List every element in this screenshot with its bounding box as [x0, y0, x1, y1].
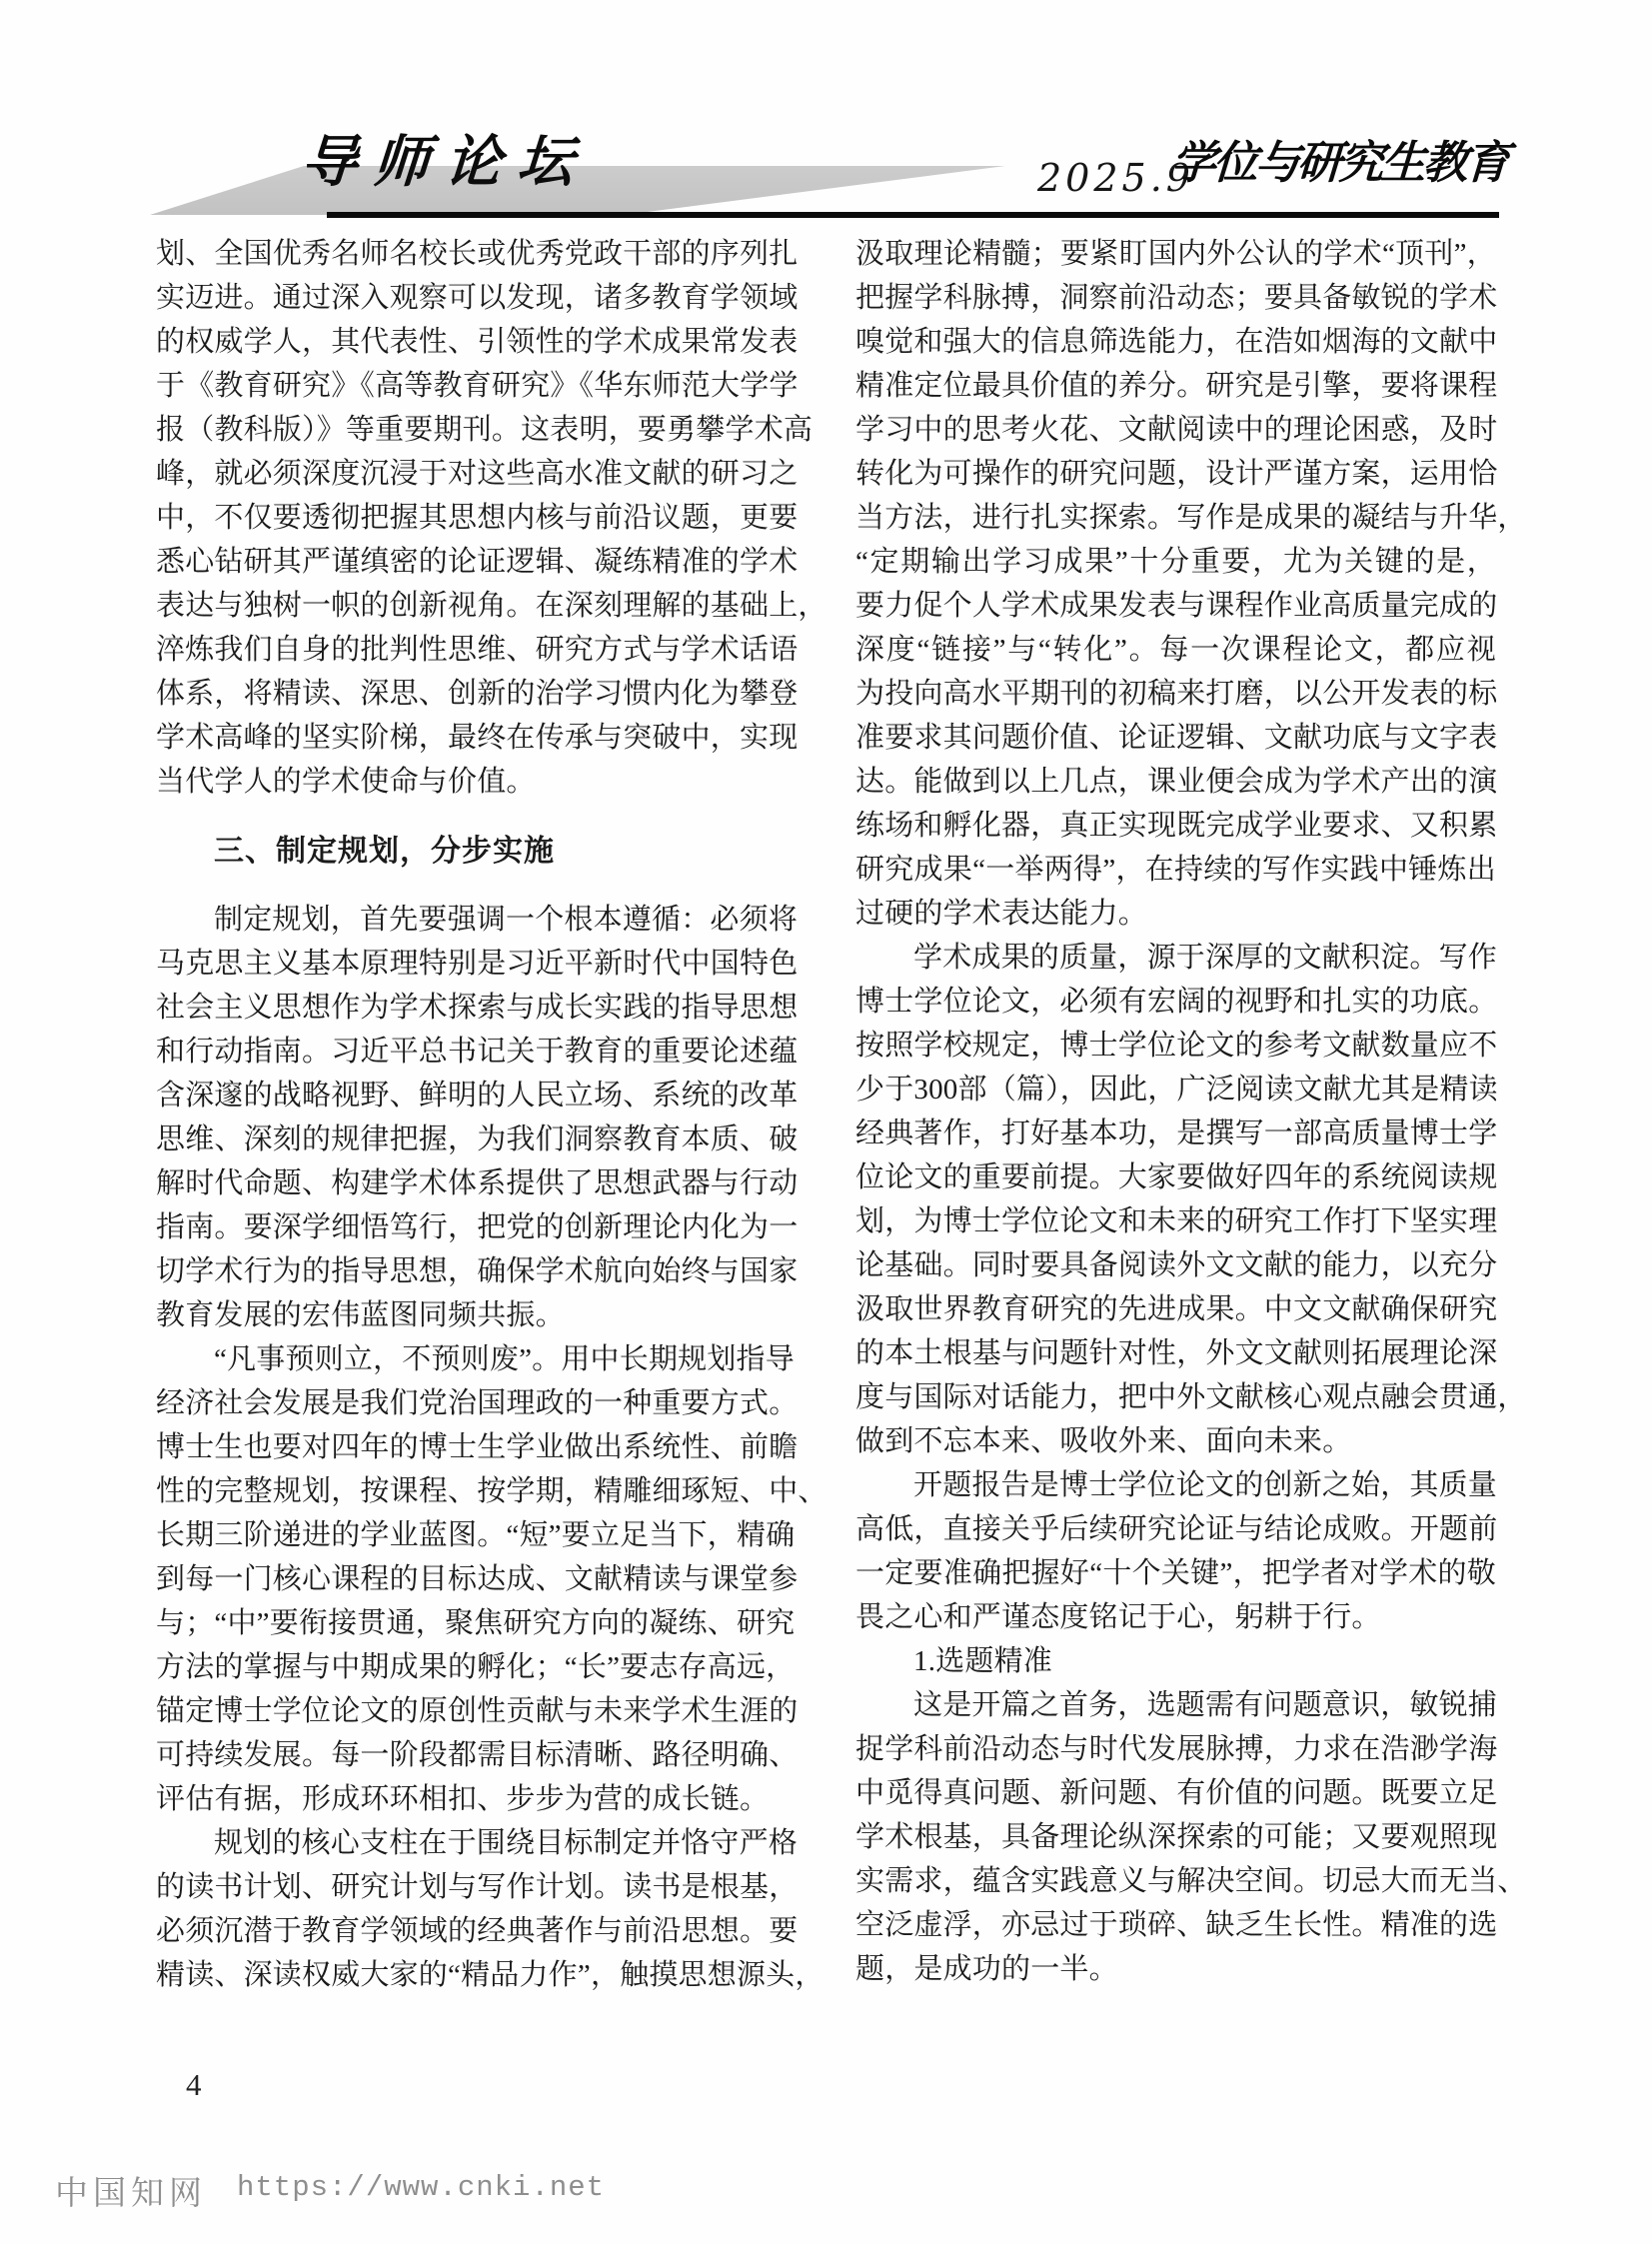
- text-line: 性的完整规划，按课程、按学期，精雕细琢短、中、: [156, 1469, 790, 1513]
- cnki-site-name: 中国知网: [55, 2167, 207, 2214]
- text-line: 到每一门核心课程的目标达成、文献精读与课堂参: [156, 1557, 790, 1601]
- article-column-right: 汲取理论精髓；要紧盯国内外公认的学术“顶刊”，把握学科脉搏，洞察前沿动态；要具备…: [855, 232, 1496, 1991]
- text-line: 实迈进。通过深入观察可以发现，诸多教育学领域: [156, 276, 790, 320]
- text-line: 要力促个人学术成果发表与课程作业高质量完成的: [855, 584, 1496, 628]
- text-line: 经典著作，打好基本功，是撰写一部高质量博士学: [855, 1112, 1496, 1155]
- text-line: 深度“链接”与“转化”。每一次课程论文，都应视: [855, 628, 1496, 672]
- text-line: 学习中的思考火花、文献阅读中的理论困惑，及时: [855, 408, 1496, 452]
- text-line: 把握学科脉搏，洞察前沿动态；要具备敏锐的学术: [855, 276, 1496, 320]
- header-rule: [327, 212, 1499, 218]
- text-line: 划，为博士学位论文和未来的研究工作打下坚实理: [855, 1199, 1496, 1243]
- text-line: 与；“中”要衔接贯通，聚焦研究方向的凝练、研究: [156, 1601, 790, 1645]
- text-line: 社会主义思想作为学术探索与成长实践的指导思想: [156, 986, 790, 1030]
- text-line: 学术根基，具备理论纵深探索的可能；又要观照现: [855, 1815, 1496, 1859]
- text-line: 精准定位最具价值的养分。研究是引擎，要将课程: [855, 364, 1496, 408]
- cnki-site-url: https://www.cnki.net: [237, 2171, 605, 2204]
- text-line: 汲取理论精髓；要紧盯国内外公认的学术“顶刊”，: [855, 232, 1496, 276]
- text-line: 学术成果的质量，源于深厚的文献积淀。写作: [855, 936, 1496, 980]
- text-line: 峰，就必须深度沉浸于对这些高水准文献的研习之: [156, 452, 790, 496]
- text-line: 和行动指南。习近平总书记关于教育的重要论述蕴: [156, 1030, 790, 1074]
- text-line: 为投向高水平期刊的初稿来打磨，以公开发表的标: [855, 672, 1496, 716]
- text-line: 空泛虚浮，亦忌过于琐碎、缺乏生长性。精准的选: [855, 1903, 1496, 1947]
- text-line: 报（教科版）》等重要期刊。这表明，要勇攀学术高: [156, 408, 790, 452]
- text-line: 体系，将精读、深思、创新的治学习惯内化为攀登: [156, 672, 790, 716]
- text-line: 中觅得真问题、新问题、有价值的问题。既要立足: [855, 1771, 1496, 1815]
- section-heading: 三、制定规划，分步实施: [156, 830, 790, 874]
- text-line: 的权威学人，其代表性、引领性的学术成果常发表: [156, 320, 790, 364]
- text-line: 当代学人的学术使命与价值。: [156, 760, 790, 804]
- text-line: 博士生也要对四年的博士生学业做出系统性、前瞻: [156, 1425, 790, 1469]
- journal-scan-page: 导师论坛 2025.9 学位与研究生教育 划、全国优秀名师名校长或优秀党政干部的…: [0, 0, 1652, 2244]
- text-line: 练场和孵化器，真正实现既完成学业要求、又积累: [855, 804, 1496, 848]
- text-line: 这是开篇之首务，选题需有问题意识，敏锐捕: [855, 1683, 1496, 1727]
- text-line: 可持续发展。每一阶段都需目标清晰、路径明确、: [156, 1733, 790, 1777]
- text-line: 论基础。同时要具备阅读外文文献的能力，以充分: [855, 1243, 1496, 1287]
- text-line: 马克思主义基本原理特别是习近平新时代中国特色: [156, 942, 790, 986]
- text-line: 做到不忘本来、吸收外来、面向未来。: [855, 1419, 1496, 1463]
- text-line: 博士学位论文，必须有宏阔的视野和扎实的功底。: [855, 980, 1496, 1024]
- text-line: 解时代命题、构建学术体系提供了思想武器与行动: [156, 1161, 790, 1205]
- text-line: 捉学科前沿动态与时代发展脉搏，力求在浩渺学海: [855, 1727, 1496, 1771]
- text-line: 度与国际对话能力，把中外文献核心观点融会贯通，: [855, 1375, 1496, 1419]
- page-number: 4: [186, 2067, 202, 2103]
- text-line: “定期输出学习成果”十分重要，尤为关键的是，: [855, 540, 1496, 584]
- journal-title: 学位与研究生教育: [1169, 126, 1508, 191]
- text-line: 经济社会发展是我们党治国理政的一种重要方式。: [156, 1381, 790, 1425]
- text-line: 畏之心和严谨态度铭记于心，躬耕于行。: [855, 1595, 1496, 1639]
- text-line: 达。能做到以上几点，课业便会成为学术产出的演: [855, 760, 1496, 804]
- text-line: 汲取世界教育研究的先进成果。中文文献确保研究: [855, 1287, 1496, 1331]
- text-line: 题，是成功的一半。: [855, 1947, 1496, 1991]
- text-line: 少于300部（篇），因此，广泛阅读文献尤其是精读: [855, 1068, 1496, 1112]
- text-line: 规划的核心支柱在于围绕目标制定并恪守严格: [156, 1821, 790, 1865]
- text-line: 的本土根基与问题针对性，外文文献则拓展理论深: [855, 1331, 1496, 1375]
- text-line: 按照学校规定，博士学位论文的参考文献数量应不: [855, 1024, 1496, 1068]
- text-line: 位论文的重要前提。大家要做好四年的系统阅读规: [855, 1155, 1496, 1199]
- text-line: 实需求，蕴含实践意义与解决空间。切忌大而无当、: [855, 1859, 1496, 1903]
- section-banner-title: 导师论坛: [299, 118, 664, 190]
- text-line: 切学术行为的指导思想，确保学术航向始终与国家: [156, 1249, 790, 1293]
- text-line: 悉心钻研其严谨缜密的论证逻辑、凝练精准的学术: [156, 540, 790, 584]
- text-line: 当方法，进行扎实探索。写作是成果的凝结与升华，: [855, 496, 1496, 540]
- text-line: 锚定博士学位论文的原创性贡献与未来学术生涯的: [156, 1689, 790, 1733]
- text-line: 淬炼我们自身的批判性思维、研究方式与学术话语: [156, 628, 790, 672]
- text-line: 1.选题精准: [855, 1639, 1496, 1683]
- text-line: 必须沉潜于教育学领域的经典著作与前沿思想。要: [156, 1909, 790, 1953]
- text-line: 评估有据，形成环环相扣、步步为营的成长链。: [156, 1777, 790, 1821]
- text-line: 开题报告是博士学位论文的创新之始，其质量: [855, 1463, 1496, 1507]
- text-line: 高低，直接关乎后续研究论证与结论成败。开题前: [855, 1507, 1496, 1551]
- text-line: 指南。要深学细悟笃行，把党的创新理论内化为一: [156, 1205, 790, 1249]
- text-line: 教育发展的宏伟蓝图同频共振。: [156, 1293, 790, 1337]
- text-line: 中，不仅要透彻把握其思想内核与前沿议题，更要: [156, 496, 790, 540]
- text-line: 思维、深刻的规律把握，为我们洞察教育本质、破: [156, 1118, 790, 1161]
- text-line: 嗅觉和强大的信息筛选能力，在浩如烟海的文献中: [855, 320, 1496, 364]
- text-line: 长期三阶递进的学业蓝图。“短”要立足当下，精确: [156, 1513, 790, 1557]
- article-column-left: 划、全国优秀名师名校长或优秀党政干部的序列扎实迈进。通过深入观察可以发现，诸多教…: [156, 232, 790, 1997]
- text-line: 学术高峰的坚实阶梯，最终在传承与突破中，实现: [156, 716, 790, 760]
- text-line: “凡事预则立，不预则废”。用中长期规划指导: [156, 1337, 790, 1381]
- text-line: 制定规划，首先要强调一个根本遵循：必须将: [156, 898, 790, 942]
- text-line: 转化为可操作的研究问题，设计严谨方案，运用恰: [855, 452, 1496, 496]
- text-line: 表达与独树一帜的创新视角。在深刻理解的基础上，: [156, 584, 790, 628]
- text-line: 于《教育研究》《高等教育研究》《华东师范大学学: [156, 364, 790, 408]
- text-line: 精读、深读权威大家的“精品力作”，触摸思想源头，: [156, 1953, 790, 1997]
- text-line: 方法的掌握与中期成果的孵化；“长”要志存高远，: [156, 1645, 790, 1689]
- text-line: 准要求其问题价值、论证逻辑、文献功底与文字表: [855, 716, 1496, 760]
- text-line: 研究成果“一举两得”，在持续的写作实践中锤炼出: [855, 848, 1496, 892]
- text-line: 划、全国优秀名师名校长或优秀党政干部的序列扎: [156, 232, 790, 276]
- text-line: 的读书计划、研究计划与写作计划。读书是根基，: [156, 1865, 790, 1909]
- text-line: 一定要准确把握好“十个关键”，把学者对学术的敬: [855, 1551, 1496, 1595]
- text-line: 过硬的学术表达能力。: [855, 892, 1496, 936]
- text-line: 含深邃的战略视野、鲜明的人民立场、系统的改革: [156, 1074, 790, 1118]
